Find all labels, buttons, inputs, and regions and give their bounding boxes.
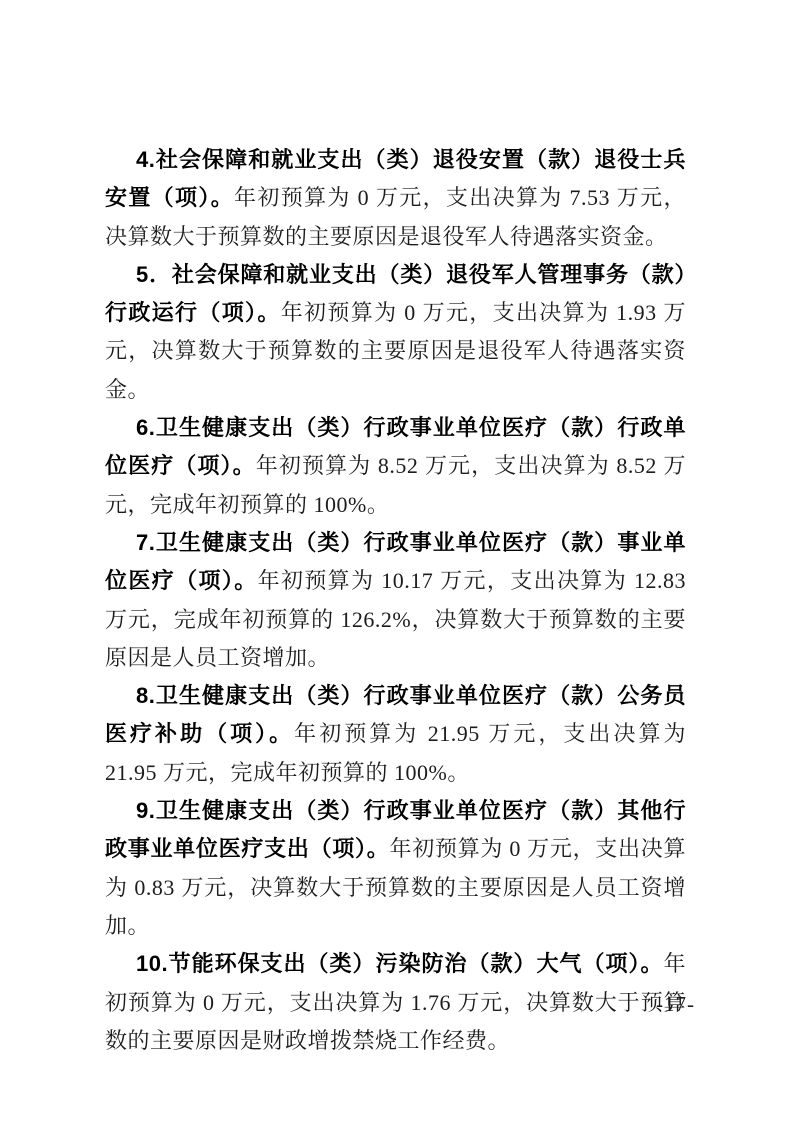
paragraph-item-7: 7.卫生健康支出（类）行政事业单位医疗（款）事业单位医疗（项）。年初预算为 10… <box>105 524 686 677</box>
paragraph-item-5: 5．社会保障和就业支出（类）退役军人管理事务（款）行政运行（项）。年初预算为 0… <box>105 256 686 409</box>
document-body: 4.社会保障和就业支出（类）退役安置（款）退役士兵安置（项）。年初预算为 0 万… <box>105 141 686 1060</box>
document-page: 4.社会保障和就业支出（类）退役安置（款）退役士兵安置（项）。年初预算为 0 万… <box>0 0 793 1122</box>
paragraph-item-4: 4.社会保障和就业支出（类）退役安置（款）退役士兵安置（项）。年初预算为 0 万… <box>105 141 686 256</box>
paragraph-item-9: 9.卫生健康支出（类）行政事业单位医疗（款）其他行政事业单位医疗支出（项）。年初… <box>105 792 686 945</box>
paragraph-heading: 10.节能环保支出（类）污染防治（款）大气（项）。 <box>136 951 663 976</box>
page-number: -17- <box>656 992 695 1017</box>
paragraph-item-6: 6.卫生健康支出（类）行政事业单位医疗（款）行政单位医疗（项）。年初预算为 8.… <box>105 409 686 524</box>
paragraph-item-8: 8.卫生健康支出（类）行政事业单位医疗（款）公务员医疗补助（项）。年初预算为 2… <box>105 677 686 792</box>
paragraph-item-10: 10.节能环保支出（类）污染防治（款）大气（项）。年初预算为 0 万元，支出决算… <box>105 945 686 1060</box>
